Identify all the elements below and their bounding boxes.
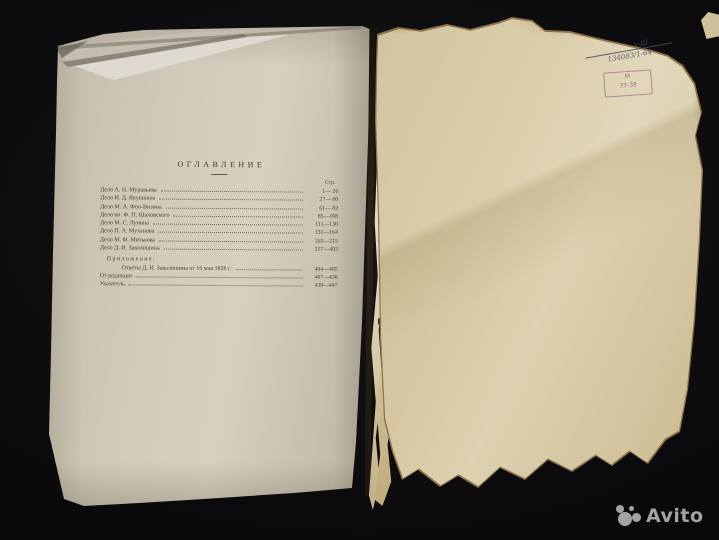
toc-entry-pages: 407—438 [306, 274, 338, 283]
toc-entry-pages: 85—108 [306, 212, 338, 221]
toc-row: Ответы Д. И. Завалишина от 16 мая 1826 г… [100, 264, 338, 274]
library-stamp: М 37-38 [603, 69, 653, 97]
stamp-line2: 37-38 [605, 80, 652, 92]
dot-leader [158, 232, 303, 234]
dot-leader [235, 269, 302, 270]
book-photo: ОГЛАВЛЕНИЕ Стр. Дело А. Н. Муравьева 1— … [0, 0, 719, 540]
dot-leader [159, 199, 303, 201]
toc-entry-label: От редакции [100, 272, 132, 281]
dot-leader [166, 207, 303, 209]
toc-entry-pages: 217—403 [306, 246, 338, 255]
dot-leader [161, 191, 304, 193]
toc-heading-label: Приложение: [107, 256, 156, 265]
torn-paper-fragment [701, 12, 719, 39]
toc-divider [211, 174, 227, 175]
toc-entry-pages: 404—405 [306, 265, 338, 274]
page-crease [44, 22, 380, 92]
dot-leader [153, 224, 303, 226]
dot-leader [129, 285, 303, 287]
toc-entry-pages: 131—164 [306, 229, 338, 238]
dot-leader [173, 216, 303, 218]
dot-leader [164, 249, 303, 251]
avito-brand-text: Avito [646, 505, 704, 527]
right-page [352, 10, 719, 512]
toc-entry-pages: 111—130 [306, 221, 338, 230]
toc-entry-label: Указатель [100, 280, 125, 288]
toc-entry-pages: 165—215 [306, 237, 338, 246]
toc-title: ОГЛАВЛЕНИЕ [100, 159, 338, 170]
toc-entry-pages: 439—447 [306, 282, 338, 291]
avito-logo-icon [600, 499, 644, 533]
toc-entry-pages: 27— 60 [306, 196, 338, 205]
left-page: ОГЛАВЛЕНИЕ Стр. Дело А. Н. Муравьева 1— … [44, 22, 380, 510]
avito-watermark: Avito [600, 496, 719, 536]
toc-row: Указатель 439—447 [100, 280, 338, 290]
toc-entry-pages: 1— 26 [306, 188, 338, 197]
toc-entry-pages: 61— 82 [306, 204, 338, 213]
toc-entry-label: Дело М. С. Лунина [100, 219, 149, 228]
right-page-stains [352, 10, 719, 512]
dot-leader [136, 276, 303, 278]
dot-leader [159, 240, 303, 242]
toc-entry-label: Дело Д. И. Завалишина [100, 244, 160, 253]
toc-entry-label: Ответы Д. И. Завалишина от 16 мая 1826 г… [122, 264, 232, 273]
toc-column-header: Стр. [100, 178, 338, 186]
table-of-contents: ОГЛАВЛЕНИЕ Стр. Дело А. Н. Муравьева 1— … [100, 159, 339, 290]
